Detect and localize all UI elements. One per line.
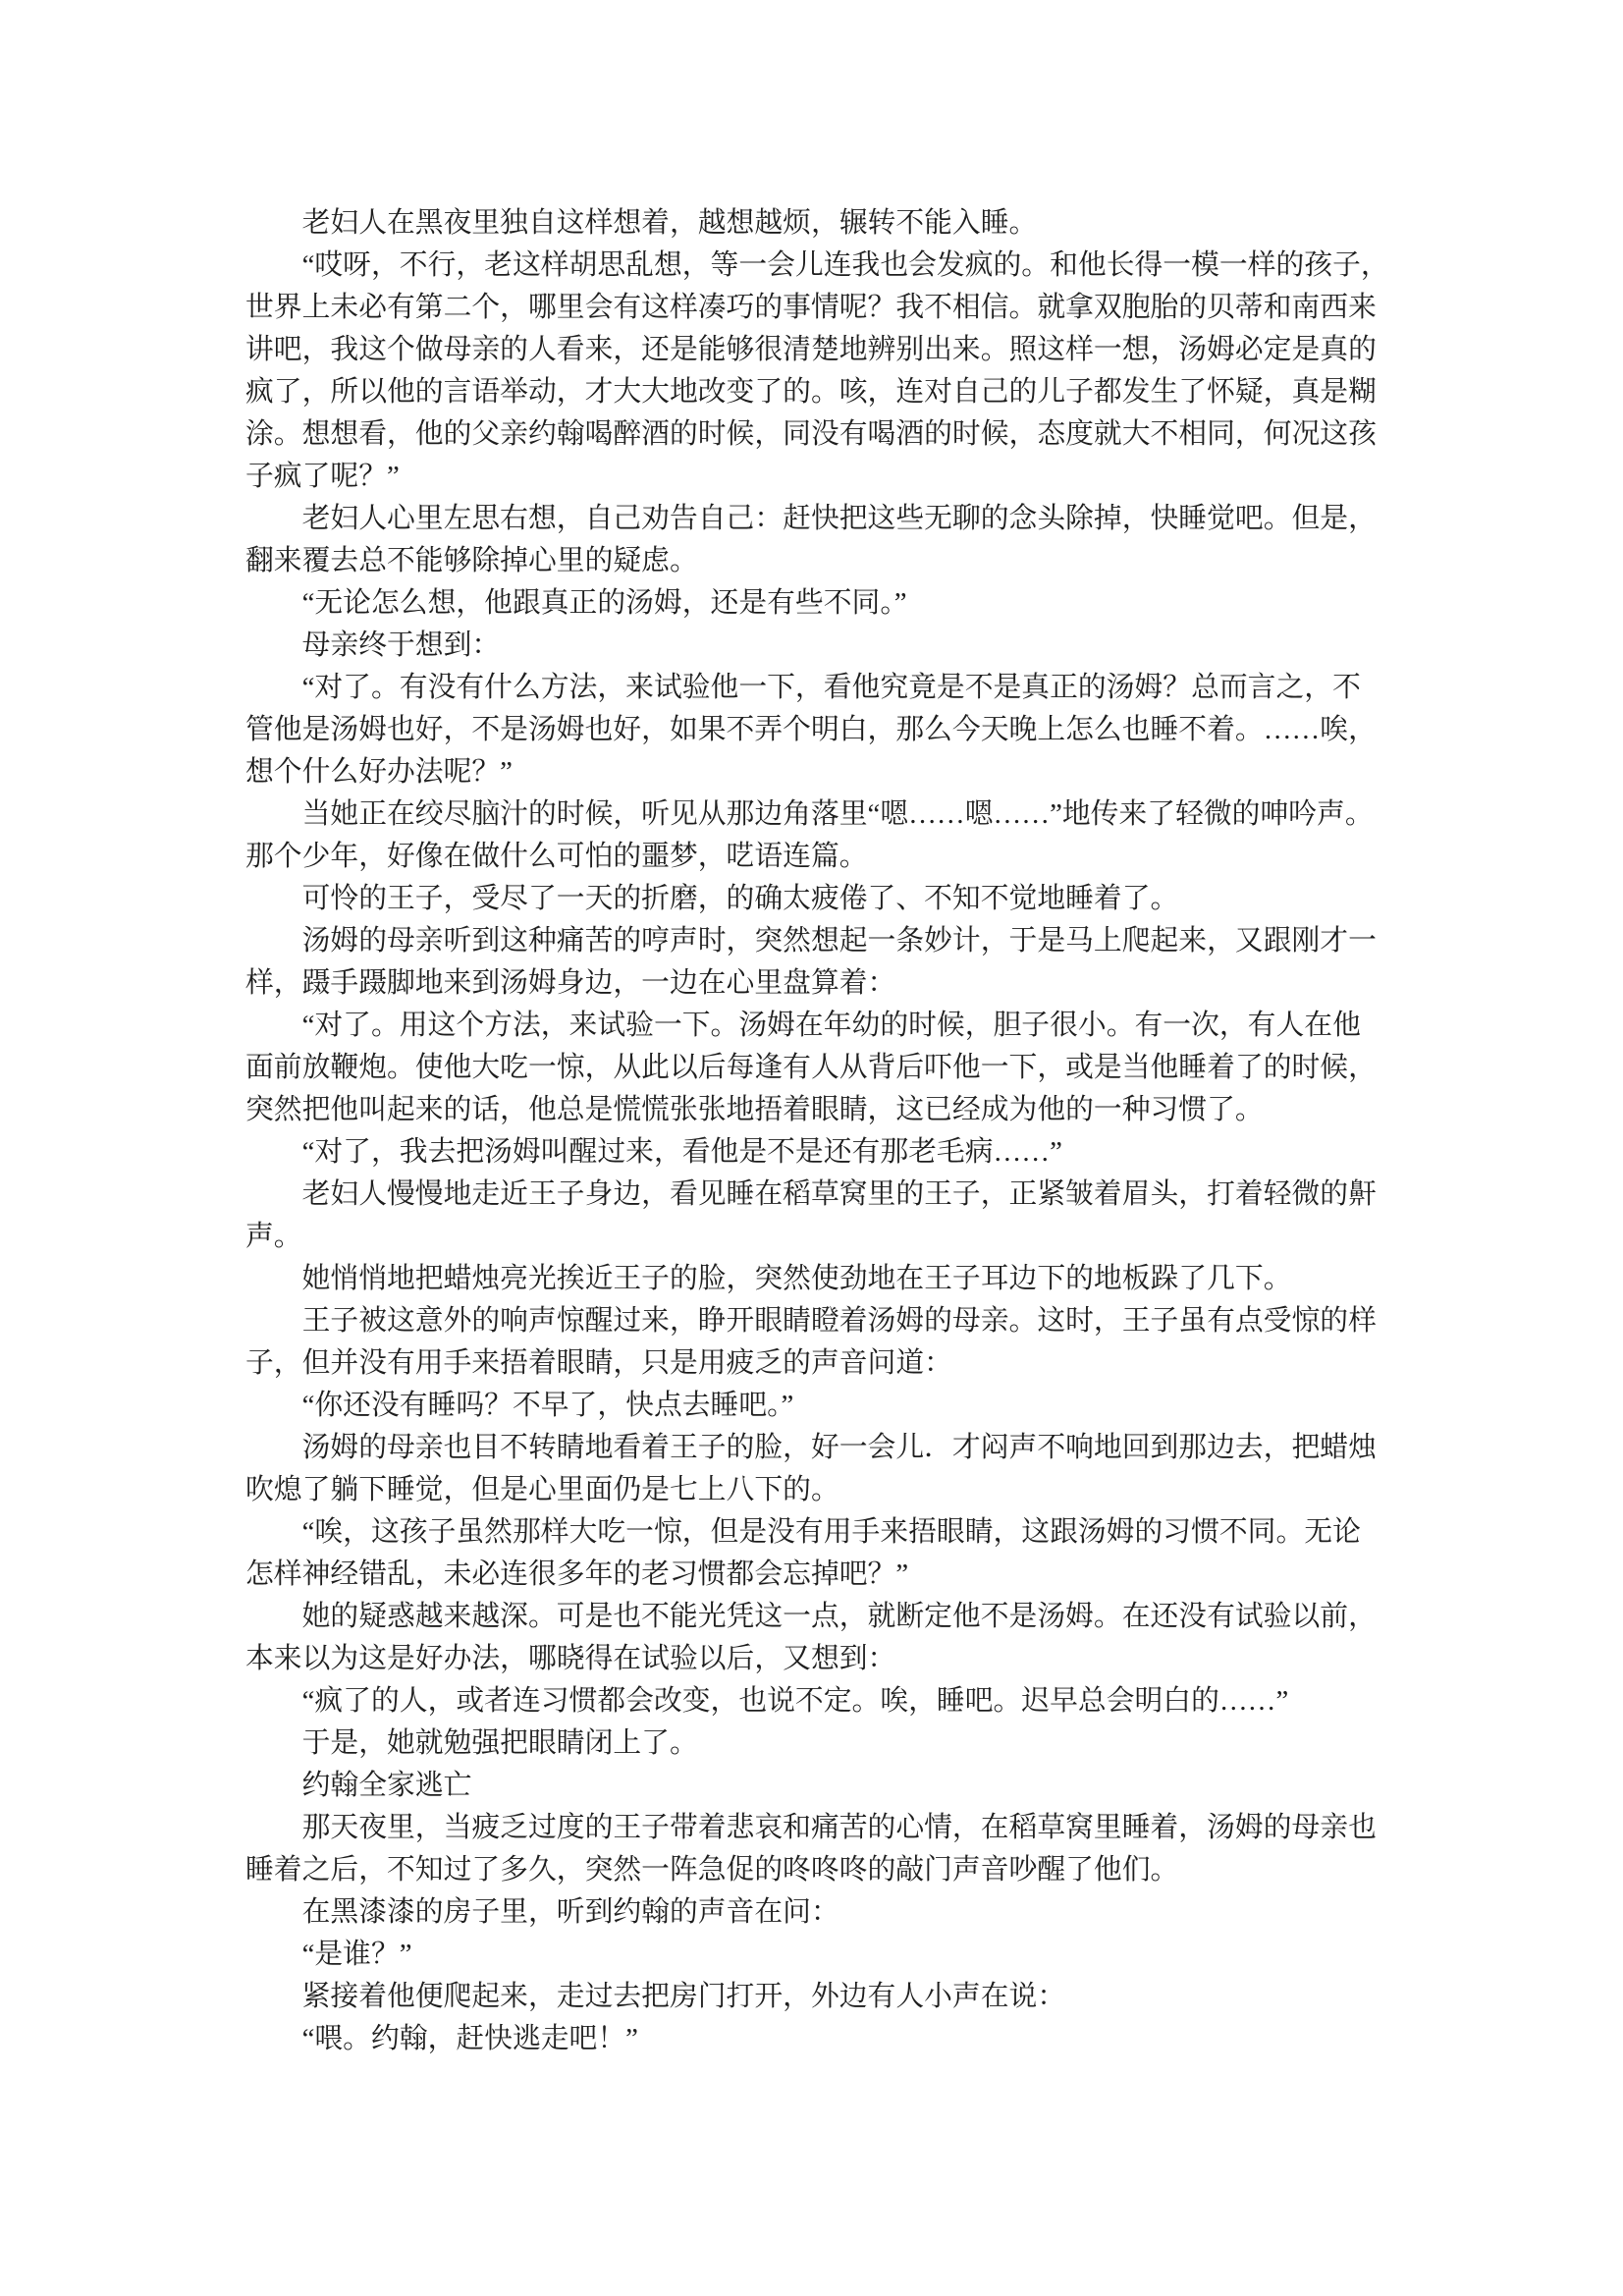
text-line: 汤姆的母亲也目不转睛地看着王子的脸，好一会儿．才闷声不响地回到那边去，把蜡烛: [245, 1427, 1384, 1469]
text-line: 讲吧，我这个做母亲的人看来，还是能够很清楚地辨别出来。照这样一想，汤姆必定是真的: [245, 329, 1384, 371]
text-line: 紧接着他便爬起来，走过去把房门打开，外边有人小声在说：: [245, 1976, 1384, 2018]
text-block: 老妇人在黑夜里独自这样想着，越想越烦，辗转不能入睡。“哎呀，不行，老这样胡思乱想…: [245, 202, 1384, 2060]
text-line: 那个少年，好像在做什么可怕的噩梦，呓语连篇。: [245, 836, 1384, 878]
text-line: 王子被这意外的响声惊醒过来，睁开眼睛瞪着汤姆的母亲。这时，王子虽有点受惊的样: [245, 1300, 1384, 1342]
text-line: 那天夜里，当疲乏过度的王子带着悲哀和痛苦的心情，在稻草窝里睡着，汤姆的母亲也: [245, 1807, 1384, 1849]
text-line: 于是，她就勉强把眼睛闭上了。: [245, 1722, 1384, 1765]
text-line: 面前放鞭炮。使他大吃一惊，从此以后每逢有人从背后吓他一下，或是当他睡着了的时候，: [245, 1047, 1384, 1089]
text-line: 怎样神经错乱，未必连很多年的老习惯都会忘掉吧？”: [245, 1554, 1384, 1596]
text-line: “无论怎么想，他跟真正的汤姆，还是有些不同。”: [245, 582, 1384, 625]
text-line: 当她正在绞尽脑汁的时候，听见从那边角落里“嗯……嗯……”地传来了轻微的呻吟声。: [245, 793, 1384, 836]
text-line: 突然把他叫起来的话，他总是慌慌张张地捂着眼睛，这已经成为他的一种习惯了。: [245, 1089, 1384, 1131]
text-line: 翻来覆去总不能够除掉心里的疑虑。: [245, 540, 1384, 582]
text-line: 疯了，所以他的言语举动，才大大地改变了的。咳，连对自己的儿子都发生了怀疑，真是糊: [245, 371, 1384, 413]
text-line: “你还没有睡吗？不早了，快点去睡吧。”: [245, 1385, 1384, 1427]
text-line: 涂。想想看，他的父亲约翰喝醉酒的时候，同没有喝酒的时候，态度就大不相同，何况这孩: [245, 413, 1384, 456]
text-line: 老妇人心里左思右想，自己劝告自己：赶快把这些无聊的念头除掉，快睡觉吧。但是，: [245, 498, 1384, 540]
text-line: 汤姆的母亲听到这种痛苦的哼声时，突然想起一条妙计，于是马上爬起来，又跟刚才一: [245, 920, 1384, 962]
text-line: 世界上未必有第二个，哪里会有这样凑巧的事情呢？我不相信。就拿双胞胎的贝蒂和南西来: [245, 287, 1384, 329]
text-line: 在黑漆漆的房子里，听到约翰的声音在问：: [245, 1891, 1384, 1934]
text-line: 吹熄了躺下睡觉，但是心里面仍是七上八下的。: [245, 1469, 1384, 1511]
text-line: “唉，这孩子虽然那样大吃一惊，但是没有用手来捂眼睛，这跟汤姆的习惯不同。无论: [245, 1511, 1384, 1554]
text-line: “是谁？”: [245, 1934, 1384, 1976]
text-line: 想个什么好办法呢？”: [245, 751, 1384, 793]
text-line: 子疯了呢？”: [245, 456, 1384, 498]
text-line: “疯了的人，或者连习惯都会改变，也说不定。唉，睡吧。迟早总会明白的……”: [245, 1680, 1384, 1722]
text-line: 声。: [245, 1216, 1384, 1258]
text-line: 约翰全家逃亡: [245, 1765, 1384, 1807]
text-line: “对了。用这个方法，来试验一下。汤姆在年幼的时候，胆子很小。有一次，有人在他: [245, 1005, 1384, 1047]
text-line: 老妇人在黑夜里独自这样想着，越想越烦，辗转不能入睡。: [245, 202, 1384, 245]
text-line: 本来以为这是好办法，哪晓得在试验以后，又想到：: [245, 1638, 1384, 1680]
text-line: 老妇人慢慢地走近王子身边，看见睡在稻草窝里的王子，正紧皱着眉头，打着轻微的鼾: [245, 1174, 1384, 1216]
text-line: 她的疑惑越来越深。可是也不能光凭这一点，就断定他不是汤姆。在还没有试验以前，: [245, 1596, 1384, 1638]
text-line: 母亲终于想到：: [245, 625, 1384, 667]
text-line: 睡着之后，不知过了多久，突然一阵急促的咚咚咚的敲门声音吵醒了他们。: [245, 1849, 1384, 1891]
text-line: 可怜的王子，受尽了一天的折磨，的确太疲倦了、不知不觉地睡着了。: [245, 878, 1384, 920]
text-line: 她悄悄地把蜡烛亮光挨近王子的脸，突然使劲地在王子耳边下的地板跺了几下。: [245, 1258, 1384, 1300]
text-line: 管他是汤姆也好，不是汤姆也好，如果不弄个明白，那么今天晚上怎么也睡不着。……唉，: [245, 709, 1384, 751]
text-line: “喂。约翰，赶快逃走吧！”: [245, 2018, 1384, 2060]
text-line: 样，蹑手蹑脚地来到汤姆身边，一边在心里盘算着：: [245, 962, 1384, 1005]
text-line: 子，但并没有用手来捂着眼睛，只是用疲乏的声音问道：: [245, 1342, 1384, 1385]
text-line: “对了，我去把汤姆叫醒过来，看他是不是还有那老毛病……”: [245, 1131, 1384, 1174]
document-page: 老妇人在黑夜里独自这样想着，越想越烦，辗转不能入睡。“哎呀，不行，老这样胡思乱想…: [0, 0, 1623, 2296]
text-line: “哎呀，不行，老这样胡思乱想，等一会儿连我也会发疯的。和他长得一模一样的孩子，: [245, 245, 1384, 287]
text-line: “对了。有没有什么方法，来试验他一下，看他究竟是不是真正的汤姆？总而言之，不: [245, 667, 1384, 709]
